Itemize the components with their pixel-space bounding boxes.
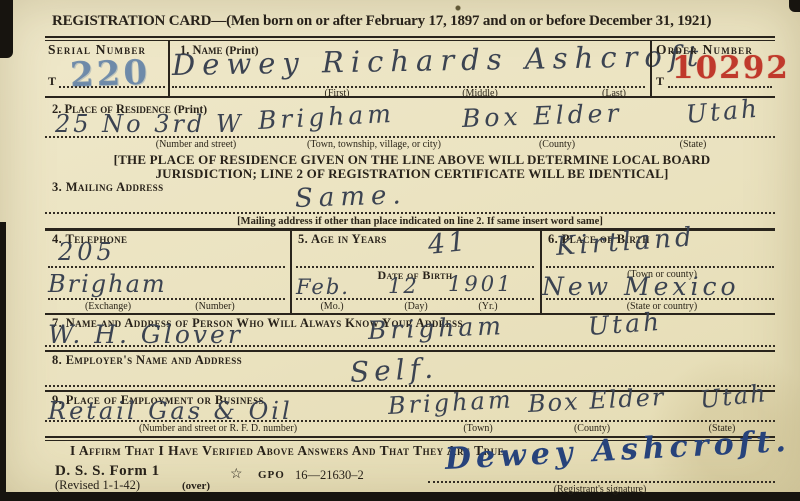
residence-town-handwritten: Brigham [257, 99, 395, 135]
telephone-dotted-line1 [48, 266, 285, 268]
birthplace-dotted-line1 [546, 266, 774, 268]
divider [168, 40, 170, 97]
order-t-prefix: T [656, 74, 664, 89]
dob-month-handwritten: Feb. [296, 275, 350, 299]
dob-sublabel-month: (Mo.) [320, 301, 343, 312]
employment-sublabel-town: (Town) [463, 423, 492, 434]
signature-sublabel: (Registrant's signature) [554, 484, 647, 495]
employment-sublabel-street: (Number and street or R. F. D. number) [139, 423, 297, 434]
employment-town-handwritten: Brigham [387, 385, 514, 420]
employment-state-handwritten: Utah [699, 379, 769, 414]
residence-county-handwritten: Box Elder [461, 98, 622, 133]
form-revision: (Revised 1-1-42) [55, 478, 140, 493]
serial-dotted-line [59, 86, 165, 88]
contact-state-handwritten: Utah [587, 307, 663, 341]
registrant-signature-handwritten: Dewey Ashcroft. [444, 424, 792, 477]
order-dotted-line [668, 86, 772, 88]
star-icon: ☆ [230, 466, 243, 483]
telephone-sublabel-number: (Number) [195, 301, 234, 312]
contact-town-handwritten: Brigham [367, 311, 505, 345]
order-number-stamp: 10292 [672, 50, 790, 86]
scan-edge-left [0, 222, 6, 501]
divider [45, 96, 775, 98]
employer-handwritten-value: Self. [349, 351, 439, 389]
age-handwritten-value: 41 [426, 226, 469, 261]
employment-sublabel-county: (County) [574, 423, 610, 434]
divider [290, 231, 292, 313]
residence-street-handwritten: 25 No 3rd W [55, 110, 244, 138]
telephone-sublabel-exchange: (Exchange) [85, 301, 131, 312]
serial-number-stamp: 220 [69, 53, 150, 96]
residence-sublabel-county: (County) [539, 139, 575, 150]
employment-county-handwritten: Box Elder [527, 383, 666, 418]
birthplace-state-handwritten: New Mexico [542, 272, 740, 301]
card-title: REGISTRATION CARD—(Men born on or after … [52, 13, 711, 30]
divider [650, 40, 652, 97]
signature-dotted-line [428, 481, 775, 483]
gpo-print-code: 16—21630–2 [295, 468, 364, 483]
scan-edge-bottom [0, 492, 800, 501]
divider [45, 36, 775, 38]
residence-jurisdiction-note-line2: JURISDICTION; LINE 2 OF REGISTRATION CER… [155, 166, 668, 182]
employer-dotted-line [45, 385, 775, 387]
employment-dotted-line [45, 420, 775, 422]
affirmation-statement: I Affirm That I Have Verified Above Answ… [70, 443, 508, 459]
residence-sublabel-town: (Town, township, village, or city) [307, 139, 441, 150]
telephone-line2-handwritten: Brigham [48, 270, 167, 298]
birthplace-dotted-line2 [546, 298, 774, 300]
mailing-handwritten-value: Same. [294, 180, 407, 214]
mailing-note: [Mailing address if other than place ind… [237, 216, 603, 227]
residence-state-handwritten: Utah [685, 94, 761, 129]
divider [45, 350, 775, 352]
telephone-line1-handwritten: 205 [58, 238, 116, 266]
gpo-label: GPO [258, 469, 285, 481]
residence-dotted-line [45, 136, 775, 138]
scan-edge-top-right [789, 0, 800, 12]
serial-t-prefix: T [48, 74, 56, 89]
dob-sublabel-day: (Day) [404, 301, 427, 312]
name-dotted-line [172, 86, 645, 88]
residence-sublabel-state: (State) [680, 139, 707, 150]
residence-sublabel-street: (Number and street) [156, 139, 237, 150]
mailing-address-label: 3. Mailing Address [52, 180, 163, 195]
mailing-dotted-line [45, 212, 775, 214]
dob-sublabel-year: (Yr.) [478, 301, 497, 312]
contact-dotted-line [45, 345, 775, 347]
over-note: (over) [182, 480, 210, 492]
scan-edge-top-left [0, 0, 13, 58]
telephone-dotted-line2 [48, 298, 285, 300]
age-label: 5. Age in Years [298, 232, 387, 247]
dob-day-handwritten: 12 [388, 274, 419, 298]
age-dotted-line2 [296, 298, 534, 300]
dob-year-handwritten: 1901 [448, 272, 513, 296]
registration-card: REGISTRATION CARD—(Men born on or after … [0, 0, 800, 501]
employer-label: 8. Employer's Name and Address [52, 353, 242, 368]
